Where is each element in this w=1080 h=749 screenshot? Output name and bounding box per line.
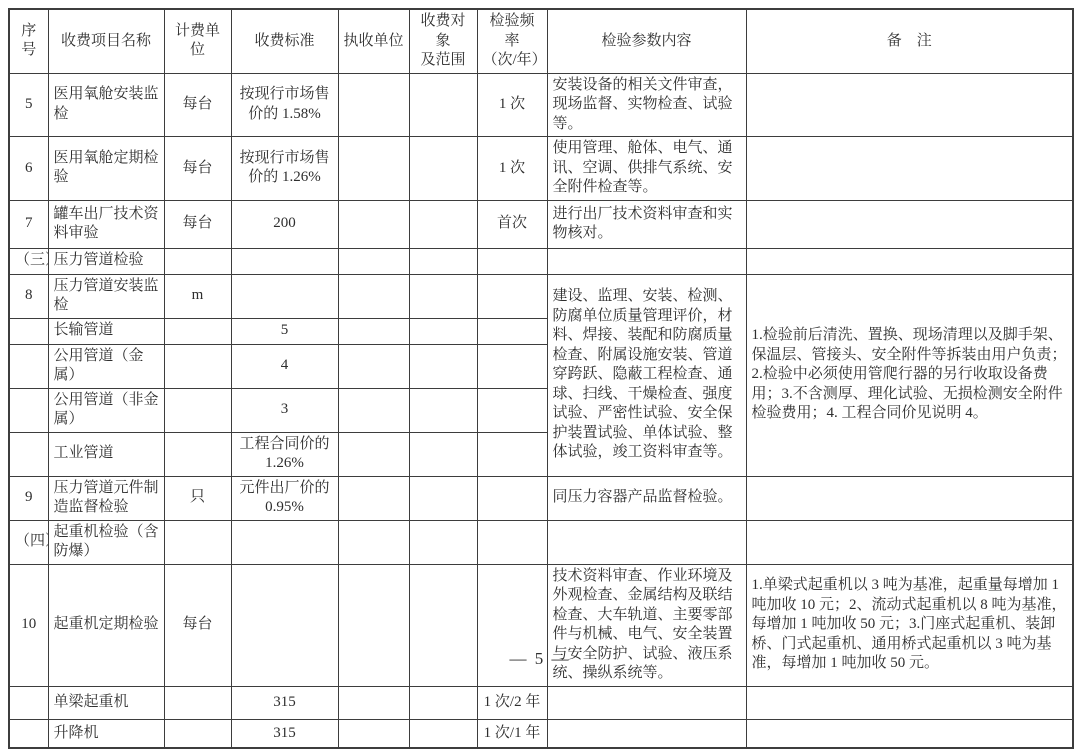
cell-exec-unit bbox=[338, 344, 409, 388]
cell-exec-unit bbox=[338, 200, 409, 248]
cell-item-name: 医用氧舱定期检验 bbox=[48, 137, 164, 201]
cell-exec-unit bbox=[338, 520, 409, 564]
cell-unit bbox=[164, 719, 231, 748]
cell-seq: 9 bbox=[9, 476, 48, 520]
page-number: — 5 — bbox=[0, 649, 1080, 669]
cell-object-scope bbox=[409, 200, 477, 248]
cell-object-scope bbox=[409, 274, 477, 318]
cell-standard: 5 bbox=[231, 318, 338, 344]
cell-remarks bbox=[746, 686, 1073, 719]
cell-item-name: 压力管道安装监检 bbox=[48, 274, 164, 318]
cell-frequency bbox=[477, 432, 547, 476]
cell-standard: 315 bbox=[231, 686, 338, 719]
cell-object-scope bbox=[409, 686, 477, 719]
col-header-parameters: 检验参数内容 bbox=[547, 9, 746, 73]
cell-standard: 按现行市场售价的 1.26% bbox=[231, 137, 338, 201]
cell-exec-unit bbox=[338, 686, 409, 719]
table-row: 9 压力管道元件制造监督检验 只 元件出厂价的 0.95% 同压力容器产品监督检… bbox=[9, 476, 1073, 520]
cell-parameters: 使用管理、舱体、电气、通讯、空调、供排气系统、安全附件检查等。 bbox=[547, 137, 746, 201]
cell-seq bbox=[9, 388, 48, 432]
cell-standard bbox=[231, 274, 338, 318]
cell-seq bbox=[9, 719, 48, 748]
cell-parameters bbox=[547, 686, 746, 719]
cell-parameters bbox=[547, 248, 746, 274]
cell-parameters: 进行出厂技术资料审查和实物核对。 bbox=[547, 200, 746, 248]
cell-remarks bbox=[746, 137, 1073, 201]
cell-item-name: 压力管道元件制造监督检验 bbox=[48, 476, 164, 520]
cell-object-scope bbox=[409, 388, 477, 432]
cell-item-name: 罐车出厂技术资料审验 bbox=[48, 200, 164, 248]
cell-standard: 3 bbox=[231, 388, 338, 432]
cell-parameters bbox=[547, 520, 746, 564]
cell-standard bbox=[231, 248, 338, 274]
cell-frequency bbox=[477, 274, 547, 318]
table-row: 8 压力管道安装监检 m 建设、监理、安装、检测、防腐单位质量管理评价，材料、焊… bbox=[9, 274, 1073, 318]
cell-parameters bbox=[547, 719, 746, 748]
cell-object-scope bbox=[409, 520, 477, 564]
header-row: 序号 收费项目名称 计费单位 收费标准 执收单位 收费对象及范围 检验频率（次/… bbox=[9, 9, 1073, 73]
cell-remarks bbox=[746, 73, 1073, 137]
col-header-object-line1: 收费对象 bbox=[420, 13, 465, 49]
cell-item-name: 起重机检验（含防爆） bbox=[48, 520, 164, 564]
cell-item-name: 长输管道 bbox=[48, 318, 164, 344]
cell-seq bbox=[9, 686, 48, 719]
cell-frequency bbox=[477, 520, 547, 564]
cell-object-scope bbox=[409, 73, 477, 137]
cell-seq: 6 bbox=[9, 137, 48, 201]
cell-unit bbox=[164, 388, 231, 432]
section-row: （三） 压力管道检验 bbox=[9, 248, 1073, 274]
col-header-remarks: 备 注 bbox=[746, 9, 1073, 73]
cell-object-scope bbox=[409, 248, 477, 274]
col-header-exec-unit: 执收单位 bbox=[338, 9, 409, 73]
cell-item-name: 单梁起重机 bbox=[48, 686, 164, 719]
cell-unit bbox=[164, 520, 231, 564]
cell-unit: 每台 bbox=[164, 137, 231, 201]
cell-item-name: 升降机 bbox=[48, 719, 164, 748]
cell-remarks bbox=[746, 476, 1073, 520]
cell-exec-unit bbox=[338, 476, 409, 520]
cell-exec-unit bbox=[338, 719, 409, 748]
cell-seq bbox=[9, 318, 48, 344]
col-header-object-scope: 收费对象及范围 bbox=[409, 9, 477, 73]
col-header-unit: 计费单位 bbox=[164, 9, 231, 73]
cell-standard: 按现行市场售价的 1.58% bbox=[231, 73, 338, 137]
cell-unit bbox=[164, 686, 231, 719]
cell-frequency: 首次 bbox=[477, 200, 547, 248]
cell-standard: 元件出厂价的 0.95% bbox=[231, 476, 338, 520]
cell-parameters-merged: 建设、监理、安装、检测、防腐单位质量管理评价，材料、焊接、装配和防腐质量检查、附… bbox=[547, 274, 746, 476]
col-header-frequency-line1: 检验频率 bbox=[489, 13, 534, 49]
section-row: （四） 起重机检验（含防爆） bbox=[9, 520, 1073, 564]
cell-unit bbox=[164, 248, 231, 274]
cell-frequency bbox=[477, 388, 547, 432]
cell-standard: 4 bbox=[231, 344, 338, 388]
cell-seq: 5 bbox=[9, 73, 48, 137]
cell-frequency: 1 次 bbox=[477, 137, 547, 201]
cell-item-name: 压力管道检验 bbox=[48, 248, 164, 274]
cell-exec-unit bbox=[338, 274, 409, 318]
cell-exec-unit bbox=[338, 137, 409, 201]
cell-unit: m bbox=[164, 274, 231, 318]
cell-frequency bbox=[477, 344, 547, 388]
cell-remarks bbox=[746, 719, 1073, 748]
cell-seq: 8 bbox=[9, 274, 48, 318]
cell-item-name: 公用管道（非金属） bbox=[48, 388, 164, 432]
sub-row: 单梁起重机 315 1 次/2 年 bbox=[9, 686, 1073, 719]
cell-object-scope bbox=[409, 432, 477, 476]
cell-exec-unit bbox=[338, 73, 409, 137]
col-header-object-line2: 及范围 bbox=[420, 52, 465, 68]
cell-unit: 只 bbox=[164, 476, 231, 520]
cell-parameters: 安装设备的相关文件审查，现场监督、实物检查、试验等。 bbox=[547, 73, 746, 137]
cell-standard: 200 bbox=[231, 200, 338, 248]
cell-item-name: 医用氧舱安装监检 bbox=[48, 73, 164, 137]
cell-object-scope bbox=[409, 719, 477, 748]
cell-standard: 工程合同价的 1.26% bbox=[231, 432, 338, 476]
col-header-frequency: 检验频率（次/年） bbox=[477, 9, 547, 73]
cell-exec-unit bbox=[338, 248, 409, 274]
cell-exec-unit bbox=[338, 432, 409, 476]
cell-unit bbox=[164, 344, 231, 388]
table-row: 7 罐车出厂技术资料审验 每台 200 首次 进行出厂技术资料审查和实物核对。 bbox=[9, 200, 1073, 248]
cell-exec-unit bbox=[338, 388, 409, 432]
table-row: 6 医用氧舱定期检验 每台 按现行市场售价的 1.26% 1 次 使用管理、舱体… bbox=[9, 137, 1073, 201]
cell-remarks-merged: 1.检验前后清洗、置换、现场清理以及脚手架、保温层、管接头、安全附件等拆装由用户… bbox=[746, 274, 1073, 476]
cell-seq: （三） bbox=[9, 248, 48, 274]
cell-unit: 每台 bbox=[164, 73, 231, 137]
cell-unit: 每台 bbox=[164, 200, 231, 248]
cell-frequency: 1 次/1 年 bbox=[477, 719, 547, 748]
cell-frequency bbox=[477, 476, 547, 520]
cell-remarks bbox=[746, 520, 1073, 564]
cell-parameters: 同压力容器产品监督检验。 bbox=[547, 476, 746, 520]
cell-unit bbox=[164, 318, 231, 344]
col-header-name: 收费项目名称 bbox=[48, 9, 164, 73]
cell-object-scope bbox=[409, 476, 477, 520]
cell-frequency bbox=[477, 318, 547, 344]
cell-frequency: 1 次 bbox=[477, 73, 547, 137]
cell-standard: 315 bbox=[231, 719, 338, 748]
cell-remarks bbox=[746, 248, 1073, 274]
cell-object-scope bbox=[409, 344, 477, 388]
cell-seq bbox=[9, 344, 48, 388]
cell-exec-unit bbox=[338, 318, 409, 344]
cell-item-name: 公用管道（金属） bbox=[48, 344, 164, 388]
cell-seq bbox=[9, 432, 48, 476]
cell-seq: （四） bbox=[9, 520, 48, 564]
cell-item-name: 工业管道 bbox=[48, 432, 164, 476]
col-header-seq: 序号 bbox=[9, 9, 48, 73]
sub-row: 升降机 315 1 次/1 年 bbox=[9, 719, 1073, 748]
cell-frequency bbox=[477, 248, 547, 274]
fee-schedule-table: 序号 收费项目名称 计费单位 收费标准 执收单位 收费对象及范围 检验频率（次/… bbox=[8, 8, 1074, 749]
cell-seq: 7 bbox=[9, 200, 48, 248]
cell-standard bbox=[231, 520, 338, 564]
cell-object-scope bbox=[409, 137, 477, 201]
cell-frequency: 1 次/2 年 bbox=[477, 686, 547, 719]
col-header-standard: 收费标准 bbox=[231, 9, 338, 73]
cell-unit bbox=[164, 432, 231, 476]
document-page: 序号 收费项目名称 计费单位 收费标准 执收单位 收费对象及范围 检验频率（次/… bbox=[0, 0, 1080, 675]
cell-remarks bbox=[746, 200, 1073, 248]
col-header-frequency-line2: （次/年） bbox=[483, 52, 547, 68]
cell-object-scope bbox=[409, 318, 477, 344]
table-row: 5 医用氧舱安装监检 每台 按现行市场售价的 1.58% 1 次 安装设备的相关… bbox=[9, 73, 1073, 137]
